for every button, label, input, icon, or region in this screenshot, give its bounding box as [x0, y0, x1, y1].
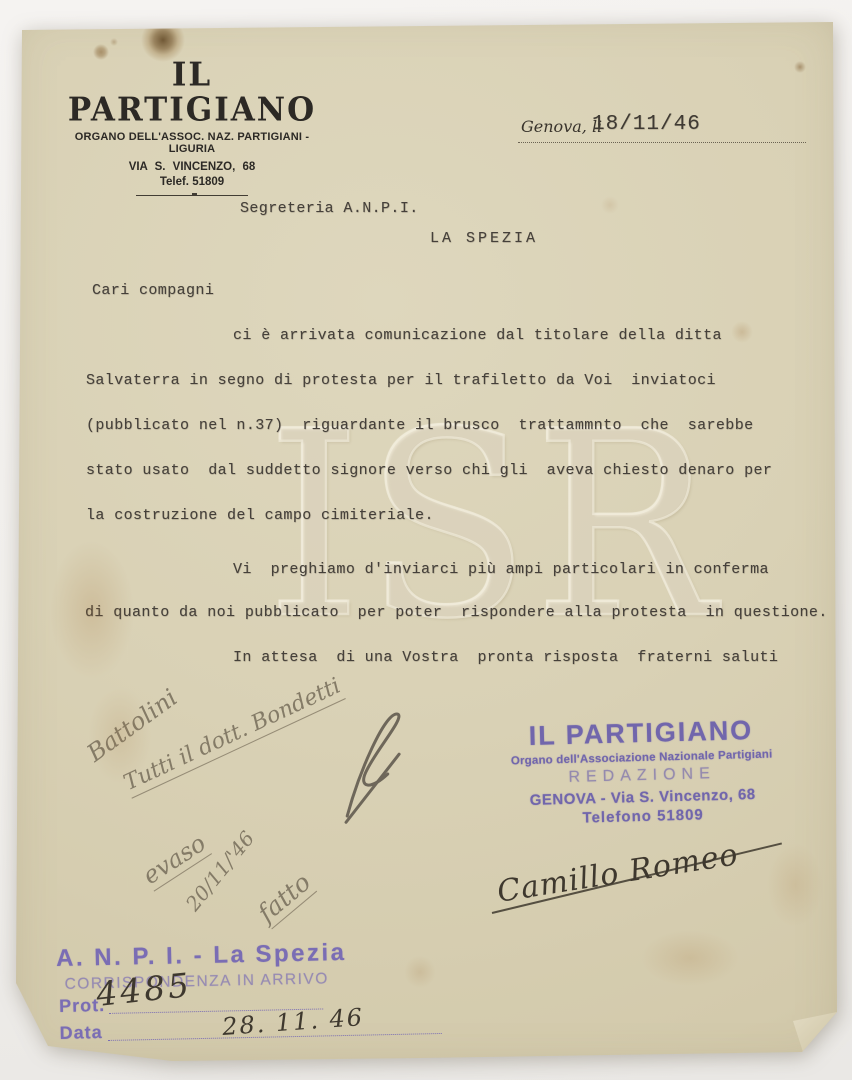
recipient-line-1: Segreteria A.N.P.I.	[240, 200, 419, 217]
recipient-line-2: LA SPEZIA	[430, 230, 538, 247]
arrival-stamp-org: A. N. P. I. - La Spezia	[56, 939, 347, 973]
letterhead-phone: Telef. 51809	[58, 176, 326, 188]
letter-line: Vi preghiamo d'inviarci più ampi partico…	[233, 561, 769, 578]
letter-line: stato usato dal suddetto signore verso c…	[86, 462, 772, 479]
corner-fold	[790, 1008, 840, 1056]
letter-line: Salvaterra in segno di protesta per il t…	[86, 372, 716, 389]
editorial-stamp: IL PARTIGIANO Organo dell'Associazione N…	[467, 713, 818, 829]
letter-line: la costruzione del campo cimiteriale.	[86, 507, 434, 524]
letter-paper: ISR IL PARTIGIANO ORGANO DELL'ASSOC. NAZ…	[0, 0, 852, 1080]
letterhead-rule	[136, 195, 248, 196]
annotation-fatto: fatto	[252, 868, 317, 930]
signature-text: Camillo Romeo	[495, 837, 741, 910]
paraph-flourish-icon	[322, 695, 424, 831]
letter-salutation: Cari compagni	[92, 282, 214, 299]
arrival-stamp-data-label: Data	[59, 1022, 102, 1044]
letterhead-subtitle: ORGANO DELL'ASSOC. NAZ. PARTIGIANI - LIG…	[58, 131, 326, 155]
scan-background: ISR IL PARTIGIANO ORGANO DELL'ASSOC. NAZ…	[0, 0, 852, 1080]
letter-line: In attesa di una Vostra pronta risposta …	[233, 649, 778, 666]
dateline-date: 18/11/46	[592, 113, 701, 136]
letter-line: di quanto da noi pubblicato per poter ri…	[85, 604, 828, 621]
dateline-place: Genova, li	[521, 117, 602, 136]
letterhead-title: IL PARTIGIANO	[58, 58, 326, 126]
letterhead: IL PARTIGIANO ORGANO DELL'ASSOC. NAZ. PA…	[58, 60, 326, 196]
paper-shadow: ISR IL PARTIGIANO ORGANO DELL'ASSOC. NAZ…	[0, 0, 852, 1080]
letterhead-address: VIA S. VINCENZO, 68	[58, 161, 326, 173]
editorial-stamp-title: IL PARTIGIANO	[467, 713, 816, 753]
letter-line: ci è arrivata comunicazione dal titolare…	[233, 327, 722, 344]
letter-line: (pubblicato nel n.37) riguardante il bru…	[86, 417, 754, 434]
